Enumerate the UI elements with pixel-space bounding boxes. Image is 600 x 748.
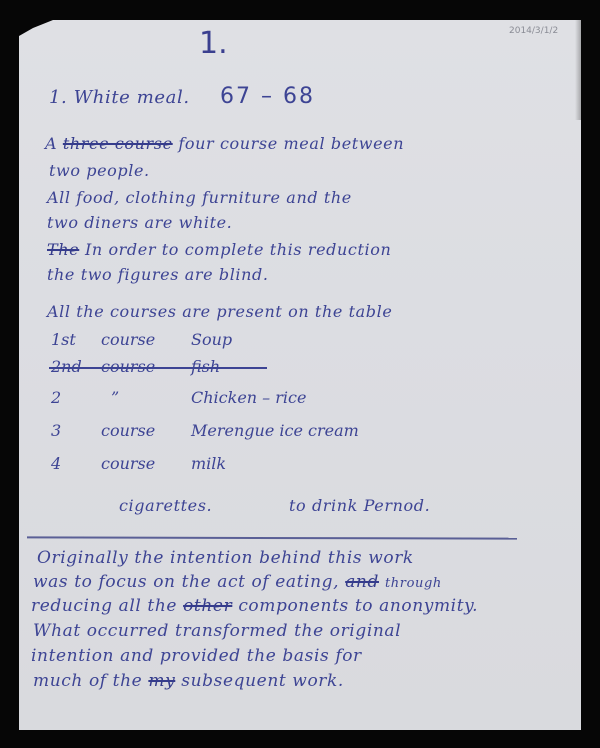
intro-line-1: A three course four course meal between — [45, 134, 404, 153]
note-text: reducing all the — [31, 596, 177, 616]
struck-text: and — [345, 572, 379, 592]
description-text: In order to complete this reduction — [85, 240, 391, 259]
note-line-2: was to focus on the act of eating, and t… — [33, 572, 442, 592]
course-number: 2 — [51, 388, 61, 407]
intro-line-2: two people. — [49, 161, 150, 180]
courses-heading: All the courses are present on the table — [47, 302, 392, 321]
course-row: 4 course milk — [51, 454, 371, 476]
note-text: was to focus on the act of eating, — [33, 572, 339, 592]
struck-text: three course — [63, 134, 173, 153]
note-line-3: reducing all the other components to ano… — [31, 596, 478, 616]
description-line-2: two diners are white. — [47, 213, 232, 232]
course-number: 3 — [51, 421, 61, 440]
note-text: through — [385, 576, 442, 591]
course-dish: fish — [191, 357, 220, 376]
struck-text: my — [148, 671, 175, 691]
extras-cigarettes: cigarettes. — [119, 496, 212, 515]
struck-text: other — [183, 596, 232, 616]
course-number: 2nd — [51, 357, 82, 376]
course-label: course — [101, 454, 155, 473]
course-label: course — [101, 357, 155, 376]
course-label: ” — [111, 388, 119, 407]
course-dish: Chicken – rice — [191, 388, 306, 407]
course-label: course — [101, 421, 155, 440]
course-number: 1st — [51, 330, 76, 349]
title-label: 1. White meal. — [49, 87, 190, 108]
course-label: course — [101, 330, 155, 349]
course-dish: milk — [191, 454, 226, 473]
note-line-4: What occurred transformed the original — [33, 621, 401, 641]
note-line-5: intention and provided the basis for — [31, 646, 362, 666]
extras-drink: to drink Pernod. — [289, 496, 430, 515]
note-text: subsequent work. — [181, 671, 344, 691]
course-number: 4 — [51, 454, 61, 473]
title-years: 67 – 68 — [220, 84, 315, 109]
course-dish: Merengue ice cream — [191, 421, 359, 440]
struck-text: The — [47, 240, 79, 259]
page-number: 1. — [199, 26, 228, 61]
note-text: much of the — [33, 671, 142, 691]
intro-prefix: A — [45, 134, 57, 153]
archive-reference: 2014/3/1/2 — [509, 26, 558, 36]
course-row: 3 course Merengue ice cream — [51, 421, 371, 443]
course-row: 1st course Soup — [51, 330, 371, 352]
intro-rest: four course meal between — [178, 134, 404, 153]
description-line-1: All food, clothing furniture and the — [47, 188, 352, 207]
description-line-3: The In order to complete this reduction — [47, 240, 391, 259]
course-row: 2 ” Chicken – rice — [51, 388, 371, 410]
description-line-4: the two figures are blind. — [47, 265, 269, 284]
note-line-6: much of the my subsequent work. — [33, 671, 344, 691]
note-line-1: Originally the intention behind this wor… — [37, 548, 414, 568]
course-dish: Soup — [191, 330, 232, 349]
divider-line — [27, 536, 517, 539]
note-text: components to anonymity. — [238, 596, 478, 616]
manuscript-page: 1. 2014/3/1/2 1. White meal. 67 – 68 A t… — [19, 20, 581, 730]
title-line: 1. White meal. 67 – 68 — [49, 84, 315, 109]
course-row-struck: 2nd course fish — [51, 357, 371, 379]
